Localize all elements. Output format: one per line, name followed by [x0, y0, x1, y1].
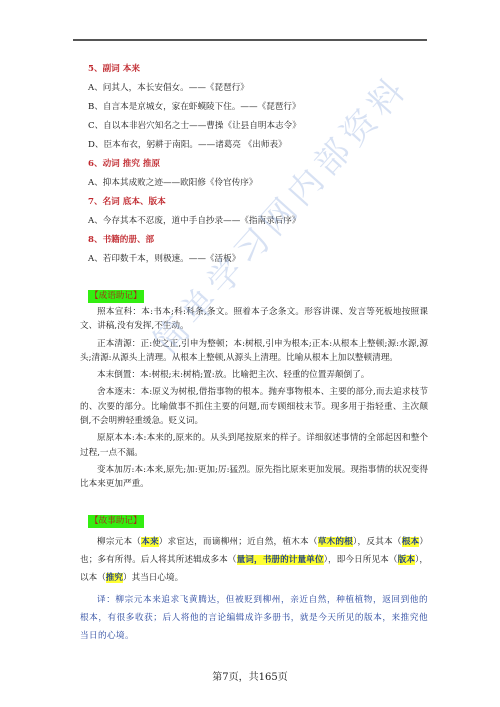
highlight-term: 本来: [141, 537, 159, 547]
story-paragraph: 柳宗元本（本来）求宦达，而谪柳州；近自然，植木本（草木的根），反其本（根本）也；…: [80, 533, 428, 587]
document-page: 5、副词 本来 A、问其人，本长安倡女。——《琵琶行》 B、自言本是京城女，家在…: [0, 0, 500, 707]
highlight-term: 根本: [402, 537, 420, 547]
example-item: C、自以本非岩穴知名之士——曹操《让县自明本志令》: [88, 117, 428, 136]
example-item: A、今存其本不忍废，道中手自抄录——《指南录后序》: [88, 212, 428, 231]
story-text: 柳宗元本（: [97, 537, 141, 547]
idioms-badge: 【成语助记】: [88, 290, 144, 303]
idiom-paragraph: 本末倒置：本:树根;末:树梢;置:放。比喻把主次、轻重的位置弄颠倒了。: [80, 368, 428, 382]
highlight-term: 草木的根: [318, 537, 353, 547]
story-text: ）其当日心境。: [123, 573, 183, 583]
story-badge: 【故事助记】: [88, 515, 144, 528]
story-badge-row: 【故事助记】: [80, 513, 428, 531]
example-item: A、若印数千本，则极速。——《活板》: [88, 250, 428, 269]
spacer: [80, 269, 428, 287]
story-text: ），即今日所见本（: [324, 555, 398, 565]
idiom-paragraph: 正本清源：正:使之正,引申为整顿；本:树根,引申为根本;正本:从根本上整顿;源:…: [80, 337, 428, 366]
example-item: B、自言本是京城女，家在虾蟆陵下住。——《琵琶行》: [88, 98, 428, 117]
page-content: 5、副词 本来 A、问其人，本长安倡女。——《琵琶行》 B、自言本是京城女，家在…: [80, 60, 428, 645]
section-title: 5、副词 本来: [88, 60, 428, 79]
highlight-term: 量词，书册的计量单位: [237, 555, 324, 565]
idiom-paragraph: 原原本本:本:本来的,原来的。从头到尾按原来的样子。详细叙述事情的全部起因和整个…: [80, 431, 428, 460]
page-number-footer: 第7页，共165页: [0, 668, 500, 683]
spacer: [80, 495, 428, 513]
story-text: ），反其本（: [353, 537, 402, 547]
translation-paragraph: 译：柳宗元本来追求飞黄腾达，但被贬到柳州，亲近自然，种植植物，返回到他的根本，有…: [80, 591, 428, 645]
example-item: A、抑本其成败之迹——欧阳修《伶官传序》: [88, 174, 428, 193]
idiom-paragraph: 照本宣科：本:书本;科:科条,条文。照着本子念条文。形容讲课、发言等死板地按照课…: [80, 305, 428, 334]
idiom-paragraph: 舍本逐末：本:原义为树根,借指事物的根本。抛弃事物根本、主要的部分,而去追求枝节…: [80, 385, 428, 428]
idiom-paragraph: 变本加厉:本:本来,原先;加:更加;厉:猛烈。原先指比原来更加发展。现指事情的状…: [80, 463, 428, 492]
highlight-term: 推究: [106, 573, 123, 583]
section-title: 7、名词 底本、版本: [88, 193, 428, 212]
example-item: A、问其人，本长安倡女。——《琵琶行》: [88, 79, 428, 98]
example-item: D、臣本布衣，躬耕于南阳。——诸葛亮 《出师表》: [88, 136, 428, 155]
section-title: 6、动词 推究 推原: [88, 155, 428, 174]
story-text: ）求宦达，而谪柳州；近自然，植木本（: [159, 537, 318, 547]
idioms-badge-row: 【成语助记】: [80, 287, 428, 305]
header-rule: [73, 39, 427, 41]
section-title: 8、书籍的册、部: [88, 231, 428, 250]
highlight-term: 版本: [398, 555, 415, 565]
